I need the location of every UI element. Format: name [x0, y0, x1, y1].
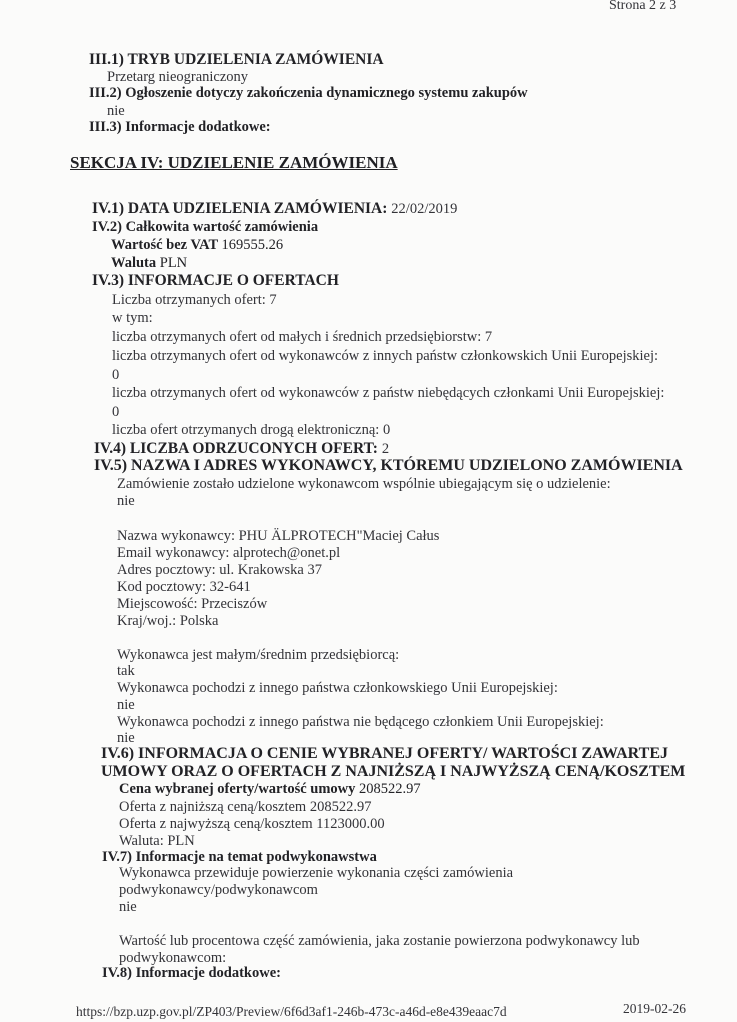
- offers-line: liczba otrzymanych ofert od wykonawców z…: [112, 385, 664, 402]
- offers-line: Liczba otrzymanych ofert: 7: [112, 292, 277, 309]
- sme-value: tak: [117, 663, 135, 680]
- eu-origin-label: Wykonawca pochodzi z innego państwa czło…: [117, 680, 558, 697]
- section-iii2-value: nie: [107, 103, 125, 120]
- footer-date: 2019-02-26: [623, 1001, 686, 1017]
- section-iv6-title-line2: UMOWY ORAZ O OFERTACH Z NAJNIŻSZĄ I NAJW…: [101, 763, 685, 781]
- selected-price-label: Cena wybranej oferty/wartość umowy: [119, 781, 355, 797]
- section-iii1-title: III.1) TRYB UDZIELENIA ZAMÓWIENIA: [89, 51, 384, 69]
- currency-label: Waluta: [111, 255, 156, 271]
- section-iv1-title: IV.1) DATA UDZIELENIA ZAMÓWIENIA: 22/02/…: [92, 200, 457, 218]
- subcontracting-line1: Wykonawca przewiduje powierzenie wykonan…: [119, 865, 513, 882]
- highest-offer: Oferta z najwyższą ceną/kosztem 1123000.…: [119, 816, 385, 833]
- contractor-country: Kraj/woj.: Polska: [117, 613, 219, 630]
- lowest-offer: Oferta z najniższą ceną/kosztem 208522.9…: [119, 799, 371, 816]
- section-iv5-title: IV.5) NAZWA I ADRES WYKONAWCY, KTÓREMU U…: [94, 457, 683, 475]
- offers-line: 0: [112, 367, 119, 384]
- contractor-email: Email wykonawcy: alprotech@onet.pl: [117, 545, 340, 562]
- currency-value: PLN: [160, 255, 187, 271]
- subcontracting-share-line1: Wartość lub procentowa część zamówienia,…: [119, 933, 640, 950]
- subcontracting-line2: podwykonawcy/podwykonawcom: [119, 882, 318, 899]
- selected-price-value: 208522.97: [359, 781, 421, 797]
- section-iii2-title: III.2) Ogłoszenie dotyczy zakończenia dy…: [89, 85, 528, 102]
- subcontracting-share-line2: podwykonawcom:: [119, 950, 226, 967]
- currency-row: Waluta PLN: [111, 255, 187, 272]
- contractor-address: Adres pocztowy: ul. Krakowska 37: [117, 562, 322, 579]
- eu-origin-value: nie: [117, 697, 135, 714]
- net-value: 169555.26: [222, 237, 284, 253]
- section-iv7-title: IV.7) Informacje na temat podwykonawstwa: [102, 849, 377, 866]
- non-eu-origin-label: Wykonawca pochodzi z innego państwa nie …: [117, 714, 604, 731]
- section-iv2-title: IV.2) Całkowita wartość zamówienia: [92, 219, 318, 236]
- section-iii3-title: III.3) Informacje dodatkowe:: [89, 119, 271, 136]
- footer-url[interactable]: https://bzp.uzp.gov.pl/ZP403/Preview/6f6…: [76, 1004, 507, 1020]
- offer-currency: Waluta: PLN: [119, 833, 195, 850]
- offers-line: liczba ofert otrzymanych drogą elektroni…: [112, 422, 390, 439]
- section-iv6-title-line1: IV.6) INFORMACJA O CENIE WYBRANEJ OFERTY…: [101, 745, 668, 763]
- section-iv3-title: IV.3) INFORMACJE O OFERTACH: [92, 272, 339, 290]
- offers-line: liczba otrzymanych ofert od wykonawców z…: [112, 348, 658, 365]
- subcontracting-value: nie: [119, 899, 137, 916]
- section-iv8-title: IV.8) Informacje dodatkowe:: [102, 965, 281, 982]
- sme-label: Wykonawca jest małym/średnim przedsiębio…: [117, 647, 399, 664]
- section-iv4-title: IV.4) LICZBA ODRZUCONYCH OFERT: 2: [94, 440, 389, 458]
- section-iv-heading: SEKCJA IV: UDZIELENIE ZAMÓWIENIA: [70, 153, 398, 173]
- offers-line: 0: [112, 404, 119, 421]
- contractor-name: Nazwa wykonawcy: PHU ÄLPROTECH"Maciej Ca…: [117, 528, 439, 545]
- selected-price-row: Cena wybranej oferty/wartość umowy 20852…: [119, 781, 421, 798]
- offers-line: liczba otrzymanych ofert od małych i śre…: [112, 329, 492, 346]
- section-iii1-value: Przetarg nieograniczony: [107, 69, 248, 86]
- net-value-row: Wartość bez VAT 169555.26: [111, 237, 283, 254]
- rejected-offers-value: 2: [382, 441, 389, 457]
- contractor-city: Miejscowość: Przeciszów: [117, 596, 267, 613]
- joint-value: nie: [117, 493, 135, 510]
- page-indicator: Strona 2 z 3: [609, 0, 676, 14]
- joint-label: Zamówienie zostało udzielone wykonawcom …: [117, 476, 611, 493]
- offers-line: w tym:: [112, 310, 153, 327]
- net-value-label: Wartość bez VAT: [111, 237, 218, 253]
- rejected-offers-label: IV.4) LICZBA ODRZUCONYCH OFERT:: [94, 440, 378, 457]
- contractor-postal-code: Kod pocztowy: 32-641: [117, 579, 251, 596]
- award-date-label: IV.1) DATA UDZIELENIA ZAMÓWIENIA:: [92, 200, 387, 217]
- award-date-value: 22/02/2019: [391, 201, 457, 217]
